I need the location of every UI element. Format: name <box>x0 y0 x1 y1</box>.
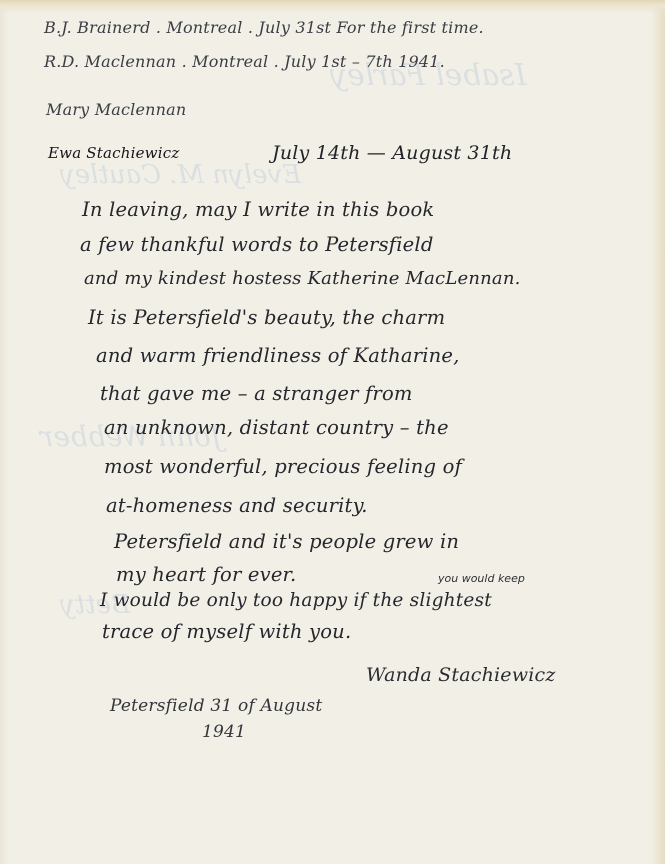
letter-line: an unknown, distant country – the <box>104 416 449 439</box>
place-date: Petersfield 31 of August <box>110 696 322 716</box>
entry-place: Montreal <box>192 52 268 71</box>
letter-line: a few thankful words to Petersfield <box>80 233 434 256</box>
letter-line: I would be only too happy if the slighte… <box>100 590 492 611</box>
guestbook-page: Isabel Farley Evelyn M. Cautley John Web… <box>0 0 665 864</box>
letter-line: and warm friendliness of Katharine, <box>96 344 460 367</box>
inserted-phrase: you would keep <box>438 572 525 585</box>
entry-note: For the first time. <box>336 18 483 37</box>
show-through-text: Evelyn M. Cautley <box>60 160 301 190</box>
entry-name: Mary Maclennan <box>46 100 186 119</box>
entry-place: Montreal <box>166 18 242 37</box>
letter-line: at-homeness and security. <box>106 494 368 517</box>
entry-maclennan-rd: R.D. Maclennan . Montreal . July 1st – 7… <box>44 52 445 71</box>
entry-dates: July 14th — August 31th <box>272 142 512 164</box>
year: 1941 <box>202 722 246 742</box>
entry-date: July 31st <box>258 18 331 37</box>
entry-date: July 1st – 7th 1941. <box>284 52 445 71</box>
letter-line: my heart for ever. <box>116 563 296 586</box>
letter-line: Petersfield and it's people grew in <box>114 530 459 553</box>
entry-maclennan-mary: Mary Maclennan <box>46 100 186 119</box>
entry-date: July 14th — August 31th <box>272 142 512 164</box>
entry-name: Ewa Stachiewicz <box>48 144 179 162</box>
entry-stachiewicz-ewa: Ewa Stachiewicz <box>48 144 179 162</box>
letter-line: In leaving, may I write in this book <box>82 198 434 221</box>
signature: Wanda Stachiewicz <box>366 664 556 686</box>
letter-line: that gave me – a stranger from <box>100 382 413 405</box>
letter-line: and my kindest hostess Katherine MacLenn… <box>84 268 521 289</box>
letter-line: trace of myself with you. <box>102 620 351 643</box>
letter-line: most wonderful, precious feeling of <box>104 455 462 478</box>
entry-name: R.D. Maclennan <box>44 52 176 71</box>
entry-brainerd: B.J. Brainerd . Montreal . July 31st For… <box>44 18 484 37</box>
entry-name: B.J. Brainerd <box>44 18 151 37</box>
letter-line: It is Petersfield's beauty, the charm <box>88 306 445 329</box>
